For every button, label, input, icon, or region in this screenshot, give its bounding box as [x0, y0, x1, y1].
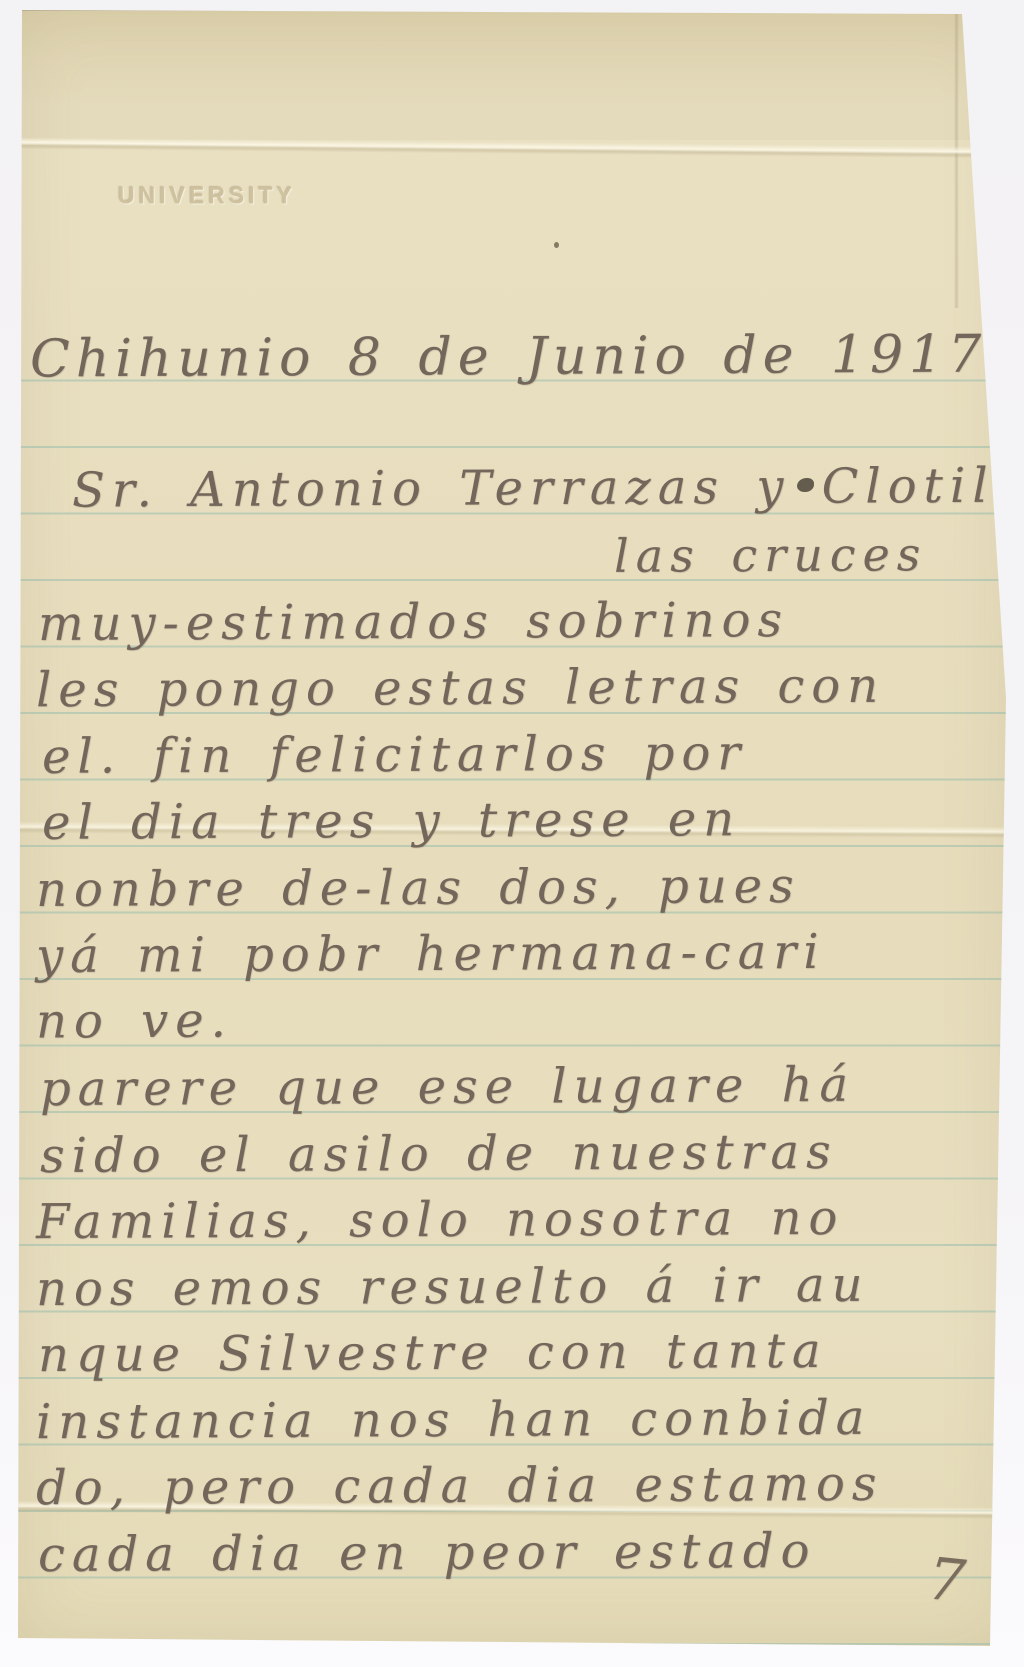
letter-line: parere que ese lugare há	[40, 1057, 855, 1119]
fold-crease-top	[6, 137, 1024, 159]
letter-line: no ve.	[36, 992, 233, 1051]
letter-line: nque Silvestre con tanta	[38, 1323, 828, 1385]
letter-line: el. fin felicitarlos por	[42, 725, 748, 786]
date-line: Chihunio 8 de Junio de 1917	[30, 323, 988, 390]
paper-top-edge	[16, 8, 1008, 11]
letter-line: yá mi pobr hermana-cari	[36, 924, 826, 986]
embossed-watermark: UNIVERSITY	[118, 181, 296, 209]
letter-line: Familias, solo nosotra no	[36, 1190, 845, 1252]
paper-speck	[554, 242, 559, 248]
letter-line: les pongo estas letras con	[36, 658, 885, 720]
paper-shade	[16, 8, 1008, 140]
letter-line: instancia nos han conbida	[36, 1390, 872, 1452]
letter-line: nonbre de-las dos, pues	[36, 858, 801, 920]
scan-background: { "document_type": "handwritten-letter-s…	[0, 0, 1024, 1667]
letter-line: sido el asilo de nuestras	[40, 1124, 838, 1186]
letter-page: UNIVERSITY Chihunio 8 de Junio de 1917 S…	[16, 8, 1008, 1650]
letter-line: el dia tres y trese en	[42, 791, 741, 852]
letter-line: cada dia en peor estado	[38, 1523, 817, 1585]
letter-line: do, pero cada dia estamos	[36, 1456, 884, 1518]
recipient-line: Sr. Antonio Terrazas y Clotilde	[72, 457, 1024, 520]
letter-line: muy-estimados sobrinos	[38, 592, 789, 654]
pencil-mark: 7	[925, 1544, 969, 1615]
letter-line: nos emos resuelto á ir au	[36, 1257, 870, 1319]
recipient-place-line: las cruces	[614, 527, 928, 584]
